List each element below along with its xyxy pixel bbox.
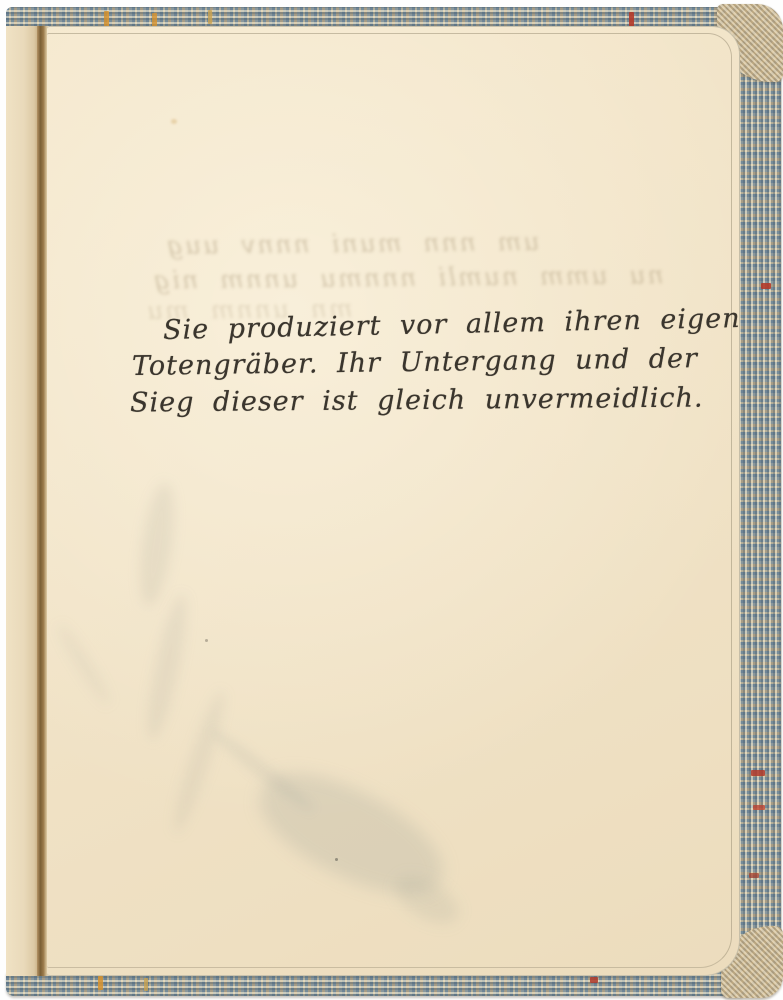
notebook-photo: um nnn muni nnnv uug nu umm numli nnnmu … <box>0 0 783 1000</box>
cloth-thread-speck-yellow <box>208 10 212 24</box>
handwriting-line-2: Totengräber. Ihr Untergang und der <box>132 343 698 382</box>
cloth-thread-speck-red <box>590 977 598 983</box>
ghost-sketch-figure <box>133 481 180 609</box>
bleedthrough-handwriting-line: um nnn muni nnnv uug <box>165 227 540 260</box>
cloth-thread-speck-red <box>629 12 634 27</box>
ink-fleck <box>205 639 208 642</box>
bleedthrough-handwriting-line: nu umm numli nnnmu unnm nig <box>152 260 664 294</box>
cloth-thread-speck-red <box>749 873 759 878</box>
handwriting-line-3: Sieg dieser ist gleich unvermeidlich. <box>130 382 704 418</box>
page-stack-edge-left <box>6 26 39 976</box>
ghost-sketch-figure <box>166 688 231 837</box>
cloth-thread-speck-red <box>753 805 765 810</box>
foxing-spot <box>171 119 177 124</box>
cloth-cover-right-edge <box>737 5 781 995</box>
cloth-thread-speck-orange <box>98 976 103 990</box>
cloth-thread-speck-red <box>761 283 771 289</box>
cloth-thread-speck-orange <box>104 11 109 27</box>
ghost-sketch-arm <box>53 621 115 709</box>
ink-fleck <box>335 858 338 861</box>
cloth-thread-speck-yellow <box>144 978 148 991</box>
cloth-thread-speck-red <box>751 770 765 776</box>
notebook-page: um nnn muni nnnv uug nu umm numli nnnmu … <box>47 26 740 976</box>
ghost-sketch-figure <box>140 591 195 743</box>
